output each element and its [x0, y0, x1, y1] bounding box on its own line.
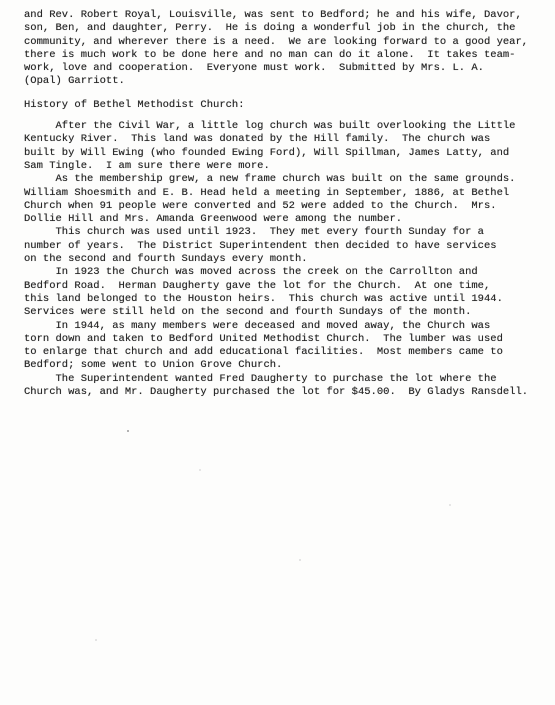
- text-line: son, Ben, and daughter, Perry. He is doi…: [24, 22, 545, 35]
- document-page: and Rev. Robert Royal, Louisville, was s…: [0, 0, 555, 705]
- text-line: built by Will Ewing (who founded Ewing F…: [24, 147, 545, 160]
- text-line: After the Civil War, a little log church…: [24, 120, 545, 133]
- document-content: and Rev. Robert Royal, Louisville, was s…: [24, 9, 545, 399]
- text-line: work, love and cooperation. Everyone mus…: [24, 62, 545, 75]
- text-line: there is much work to be done here and n…: [24, 49, 545, 62]
- text-line: History of Bethel Methodist Church:: [24, 99, 545, 112]
- text-line: Bedford; some went to Union Grove Church…: [24, 359, 545, 372]
- text-line: community, and wherever there is a need.…: [24, 36, 545, 49]
- text-line: Church was, and Mr. Daugherty purchased …: [24, 386, 545, 399]
- section-heading: History of Bethel Methodist Church:: [24, 99, 545, 112]
- history-paragraphs: After the Civil War, a little log church…: [24, 120, 545, 399]
- text-line: The Superintendent wanted Fred Daugherty…: [24, 373, 545, 386]
- text-line: In 1923 the Church was moved across the …: [24, 266, 545, 279]
- text-line: and Rev. Robert Royal, Louisville, was s…: [24, 9, 545, 22]
- text-line: William Shoesmith and E. B. Head held a …: [24, 187, 545, 200]
- text-line: Sam Tingle. I am sure there were more.: [24, 160, 545, 173]
- text-line: on the second and fourth Sundays every m…: [24, 253, 545, 266]
- text-line: Services were still held on the second a…: [24, 306, 545, 319]
- text-line: Dollie Hill and Mrs. Amanda Greenwood we…: [24, 213, 545, 226]
- text-line: number of years. The District Superinten…: [24, 240, 545, 253]
- text-line: This church was used until 1923. They me…: [24, 226, 545, 239]
- text-line: this land belonged to the Houston heirs.…: [24, 293, 545, 306]
- text-line: Bedford Road. Herman Daugherty gave the …: [24, 280, 545, 293]
- text-line: As the membership grew, a new frame chur…: [24, 173, 545, 186]
- text-line: torn down and taken to Bedford United Me…: [24, 333, 545, 346]
- text-line: Kentucky River. This land was donated by…: [24, 133, 545, 146]
- text-line: Church when 91 people were converted and…: [24, 200, 545, 213]
- intro-paragraph: and Rev. Robert Royal, Louisville, was s…: [24, 9, 545, 89]
- text-line: to enlarge that church and add education…: [24, 346, 545, 359]
- text-line: In 1944, as many members were deceased a…: [24, 320, 545, 333]
- text-line: (Opal) Garriott.: [24, 75, 545, 88]
